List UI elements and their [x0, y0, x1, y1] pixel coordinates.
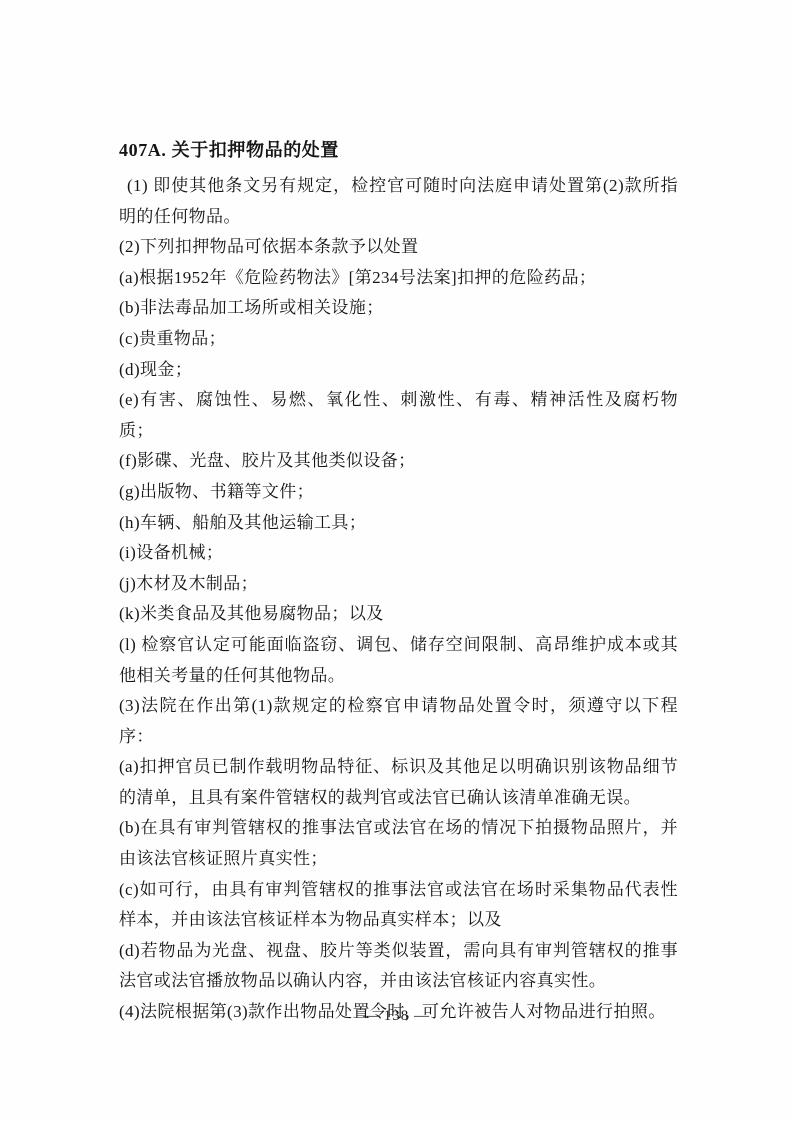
paragraph: (i)设备机械；: [119, 538, 678, 569]
document-body: 407A. 关于扣押物品的处置 (1) 即使其他条文另有规定，检控官可随时向法庭…: [119, 138, 678, 1028]
paragraph: (f)影碟、光盘、胶片及其他类似设备；: [119, 446, 678, 477]
paragraph: (a)扣押官员已制作载明物品特征、标识及其他足以明确识别该物品细节的清单，且具有…: [119, 752, 678, 813]
document-page: 407A. 关于扣押物品的处置 (1) 即使其他条文另有规定，检控官可随时向法庭…: [0, 0, 793, 1122]
paragraph: (j)木材及木制品；: [119, 569, 678, 600]
section-title: 407A. 关于扣押物品的处置: [119, 138, 678, 162]
paragraph: (2)下列扣押物品可依据本条款予以处置: [119, 232, 678, 263]
paragraph: (c)贵重物品；: [119, 324, 678, 355]
page-number: — 138 —: [0, 1008, 793, 1025]
paragraph: (k)米类食品及其他易腐物品；以及: [119, 599, 678, 630]
paragraph: (e)有害、腐蚀性、易燃、氧化性、刺激性、有毒、精神活性及腐朽物质；: [119, 385, 678, 446]
paragraph: (l) 检察官认定可能面临盗窃、调包、储存空间限制、高昂维护成本或其他相关考量的…: [119, 630, 678, 691]
paragraph: (d)若物品为光盘、视盘、胶片等类似装置，需向具有审判管辖权的推事法官或法官播放…: [119, 936, 678, 997]
paragraph: (3)法院在作出第(1)款规定的检察官申请物品处置令时，须遵守以下程序：: [119, 691, 678, 752]
paragraph: (b)非法毒品加工场所或相关设施；: [119, 293, 678, 324]
paragraph: (c)如可行，由具有审判管辖权的推事法官或法官在场时采集物品代表性样本，并由该法…: [119, 875, 678, 936]
paragraph-list: (1) 即使其他条文另有规定，检控官可随时向法庭申请处置第(2)款所指明的任何物…: [119, 171, 678, 1028]
paragraph: (1) 即使其他条文另有规定，检控官可随时向法庭申请处置第(2)款所指明的任何物…: [119, 171, 678, 232]
paragraph: (a)根据1952年《危险药物法》[第234号法案]扣押的危险药品；: [119, 263, 678, 294]
paragraph: (h)车辆、船舶及其他运输工具；: [119, 508, 678, 539]
paragraph: (g)出版物、书籍等文件；: [119, 477, 678, 508]
paragraph: (d)现金；: [119, 355, 678, 386]
paragraph: (b)在具有审判管辖权的推事法官或法官在场的情况下拍摄物品照片，并由该法官核证照…: [119, 813, 678, 874]
